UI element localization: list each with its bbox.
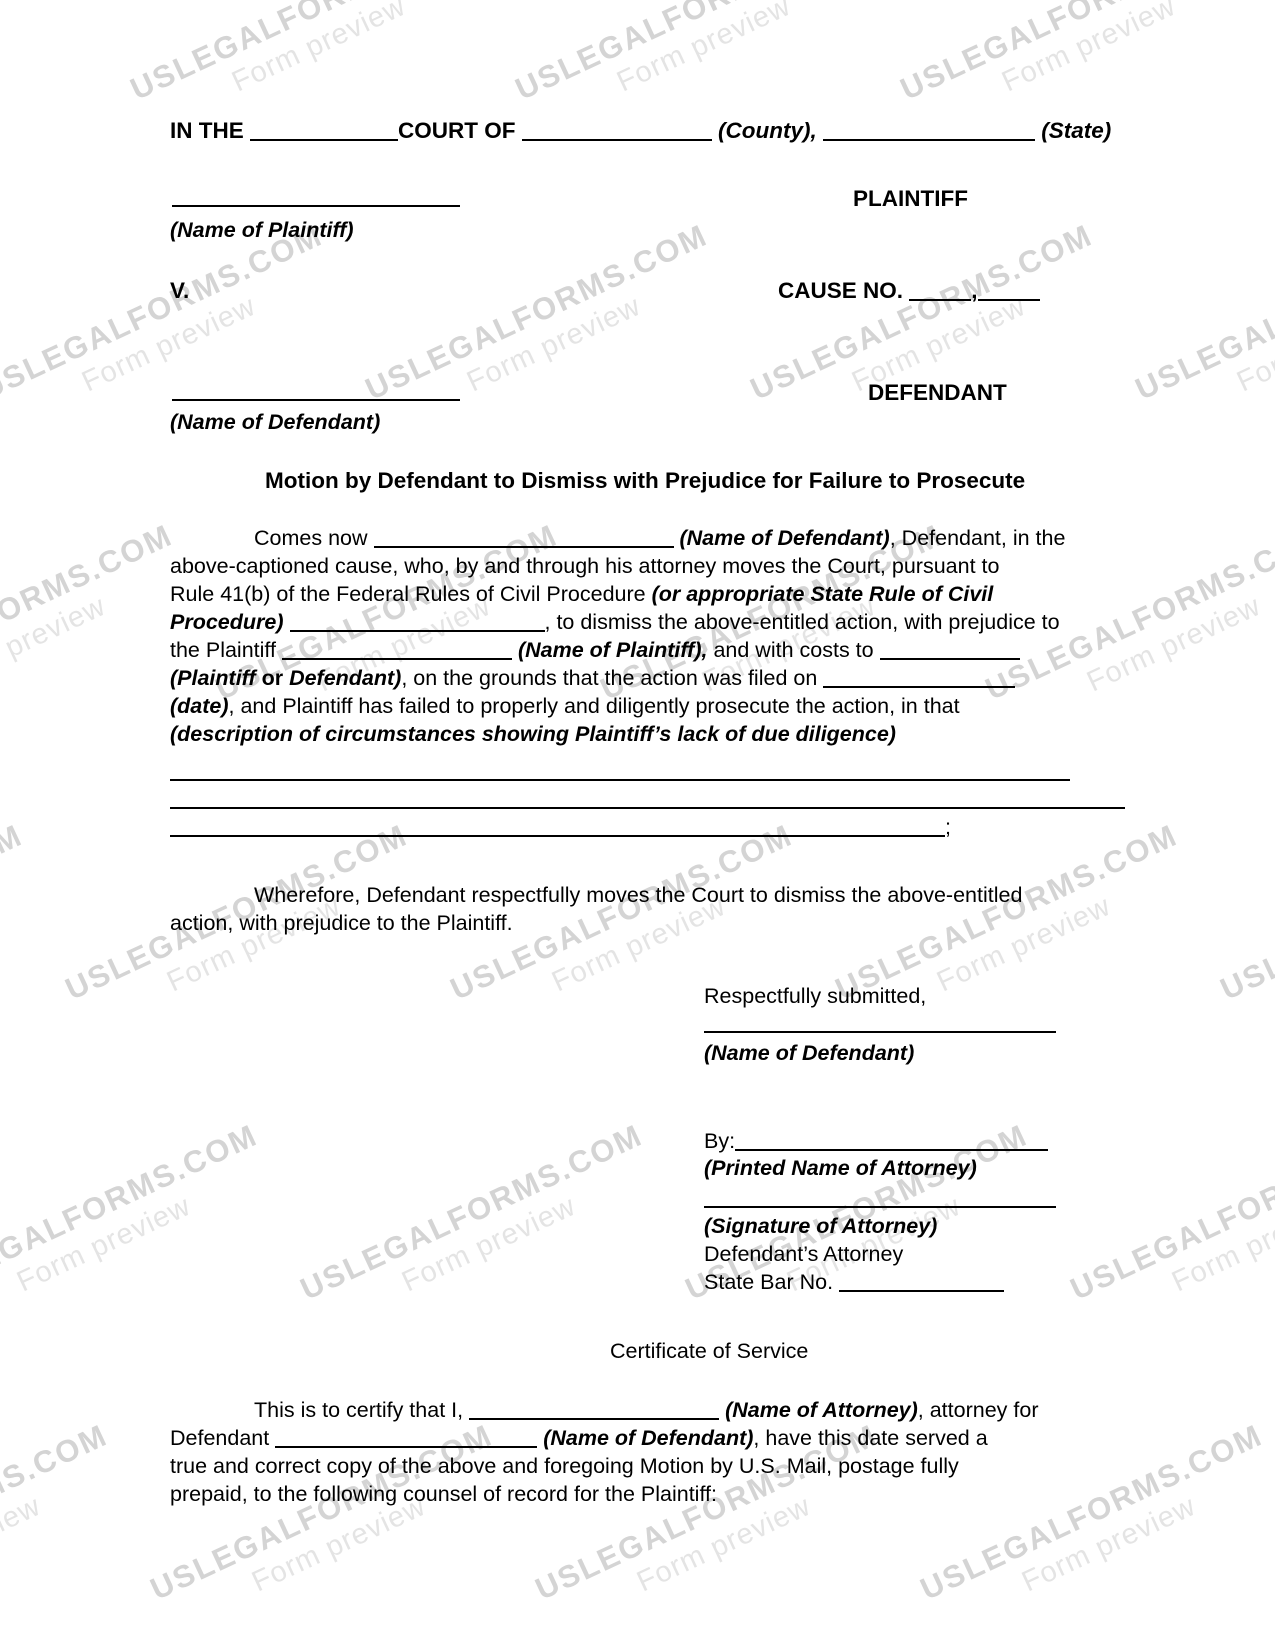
document-content: IN THE COURT OF (County), (State) PLAINT… (0, 0, 1275, 1650)
text-segment: , Defendant, in the (890, 526, 1066, 550)
blank-field (170, 759, 1070, 781)
text-segment: , have this date served a (753, 1426, 987, 1450)
blank-field (172, 379, 460, 401)
motion-paragraph-line: Procedure) , to dismiss the above-entitl… (170, 609, 1060, 636)
text-segment: , attorney for (918, 1398, 1039, 1422)
text-segment: (Name of Defendant) (679, 526, 889, 550)
blank-field (290, 610, 545, 632)
description-blank-line: ; (170, 814, 951, 841)
court-caption-line: IN THE COURT OF (County), (State) (170, 117, 1111, 144)
text-segment: ; (945, 815, 951, 839)
text-segment: , on the grounds that the action was fil… (401, 666, 823, 690)
defendant-label: DEFENDANT (868, 379, 1007, 406)
text-segment: , to dismiss the above-entitled action, … (545, 610, 1060, 634)
motion-paragraph-line: Comes now (Name of Defendant), Defendant… (170, 525, 1065, 552)
text-segment: true and correct copy of the above and f… (170, 1454, 959, 1478)
blank-field (170, 815, 945, 837)
blank-field (374, 526, 674, 548)
motion-paragraph-line: Rule 41(b) of the Federal Rules of Civil… (170, 581, 993, 608)
cause-no-line: CAUSE NO. , (778, 277, 1040, 304)
printed-name-caption: (Printed Name of Attorney) (704, 1155, 977, 1182)
blank-field (522, 119, 712, 141)
text-segment: Defendant) (289, 666, 401, 690)
form-preview-page: USLEGALFORMS.COMForm previewUSLEGALFORMS… (0, 0, 1275, 1650)
motion-paragraph-line: (date), and Plaintiff has failed to prop… (170, 693, 960, 720)
by-line: By: (704, 1128, 1048, 1155)
text-segment: and with costs to (707, 638, 879, 662)
certificate-line: This is to certify that I, (Name of Atto… (170, 1397, 1038, 1424)
blank-field (823, 666, 1015, 688)
text-segment: Defendant (170, 1426, 275, 1450)
defendant-name-caption: (Name of Defendant) (170, 409, 380, 436)
blank-field (909, 279, 971, 301)
defendant-name-blank (172, 378, 460, 405)
text-segment: prepaid, to the following counsel of rec… (170, 1482, 717, 1506)
blank-field (823, 119, 1035, 141)
plaintiff-name-caption: (Name of Plaintiff) (170, 217, 354, 244)
blank-field (880, 638, 1020, 660)
text-segment: or (256, 666, 289, 690)
motion-title: Motion by Defendant to Dismiss with Prej… (265, 467, 1025, 494)
text-segment: Rule 41(b) of the Federal Rules of Civil… (170, 582, 652, 606)
blank-field (172, 185, 460, 207)
state-bar-line: State Bar No. (704, 1269, 1004, 1296)
plaintiff-name-blank (172, 184, 460, 211)
description-blank-line (170, 786, 1125, 813)
plaintiff-label: PLAINTIFF (853, 185, 968, 212)
blank-field (704, 1186, 1056, 1208)
text-segment: (County), (718, 118, 817, 143)
text-segment: , and Plaintiff has failed to properly a… (229, 694, 960, 718)
attorney-signature-blank (704, 1185, 1056, 1212)
text-segment: (Name of Attorney) (725, 1398, 918, 1422)
certificate-line: Defendant (Name of Defendant), have this… (170, 1425, 988, 1452)
wherefore-line: Wherefore, Defendant respectfully moves … (170, 882, 1022, 909)
text-segment: Comes now (254, 526, 374, 550)
text-segment: (State) (1041, 118, 1111, 143)
text-segment: (Plaintiff (170, 666, 256, 690)
blank-field (978, 279, 1040, 301)
description-blank-line (170, 758, 1070, 785)
text-segment: COURT OF (398, 118, 522, 143)
certificate-line: true and correct copy of the above and f… (170, 1453, 959, 1480)
motion-paragraph-line: (Plaintiff or Defendant), on the grounds… (170, 665, 1015, 692)
text-segment: the Plaintiff (170, 638, 282, 662)
text-segment: IN THE (170, 118, 250, 143)
blank-field (282, 638, 512, 660)
text-segment: above-captioned cause, who, by and throu… (170, 554, 999, 578)
defendant-signature-blank (704, 1010, 1056, 1037)
text-segment: This is to certify that I, (254, 1398, 469, 1422)
text-segment: CAUSE NO. (778, 278, 909, 303)
blank-field (469, 1398, 719, 1420)
blank-field (735, 1129, 1048, 1151)
text-segment: (Name of Plaintiff), (518, 638, 708, 662)
versus-label: V. (170, 277, 189, 304)
defendant-name-caption: (Name of Defendant) (704, 1040, 914, 1067)
blank-field (839, 1270, 1004, 1292)
certificate-line: prepaid, to the following counsel of rec… (170, 1481, 717, 1508)
motion-paragraph-line: the Plaintiff (Name of Plaintiff), and w… (170, 637, 1020, 664)
text-segment: State Bar No. (704, 1270, 839, 1294)
motion-paragraph-line: above-captioned cause, who, by and throu… (170, 553, 999, 580)
text-segment: (description of circumstances showing Pl… (170, 722, 896, 746)
respectfully-submitted: Respectfully submitted, (704, 983, 926, 1010)
text-segment: (Name of Defendant) (543, 1426, 753, 1450)
text-segment: (or appropriate State Rule of Civil (652, 582, 994, 606)
blank-field (170, 787, 1125, 809)
blank-field (250, 119, 398, 141)
text-segment: By: (704, 1129, 735, 1153)
text-segment: (date) (170, 694, 229, 718)
blank-field (275, 1426, 537, 1448)
certificate-heading: Certificate of Service (610, 1338, 808, 1365)
signature-caption: (Signature of Attorney) (704, 1213, 937, 1240)
text-segment: Procedure) (170, 610, 284, 634)
motion-paragraph-line: (description of circumstances showing Pl… (170, 721, 896, 748)
attorney-role: Defendant’s Attorney (704, 1241, 903, 1268)
blank-field (704, 1011, 1056, 1033)
wherefore-line: action, with prejudice to the Plaintiff. (170, 910, 513, 937)
